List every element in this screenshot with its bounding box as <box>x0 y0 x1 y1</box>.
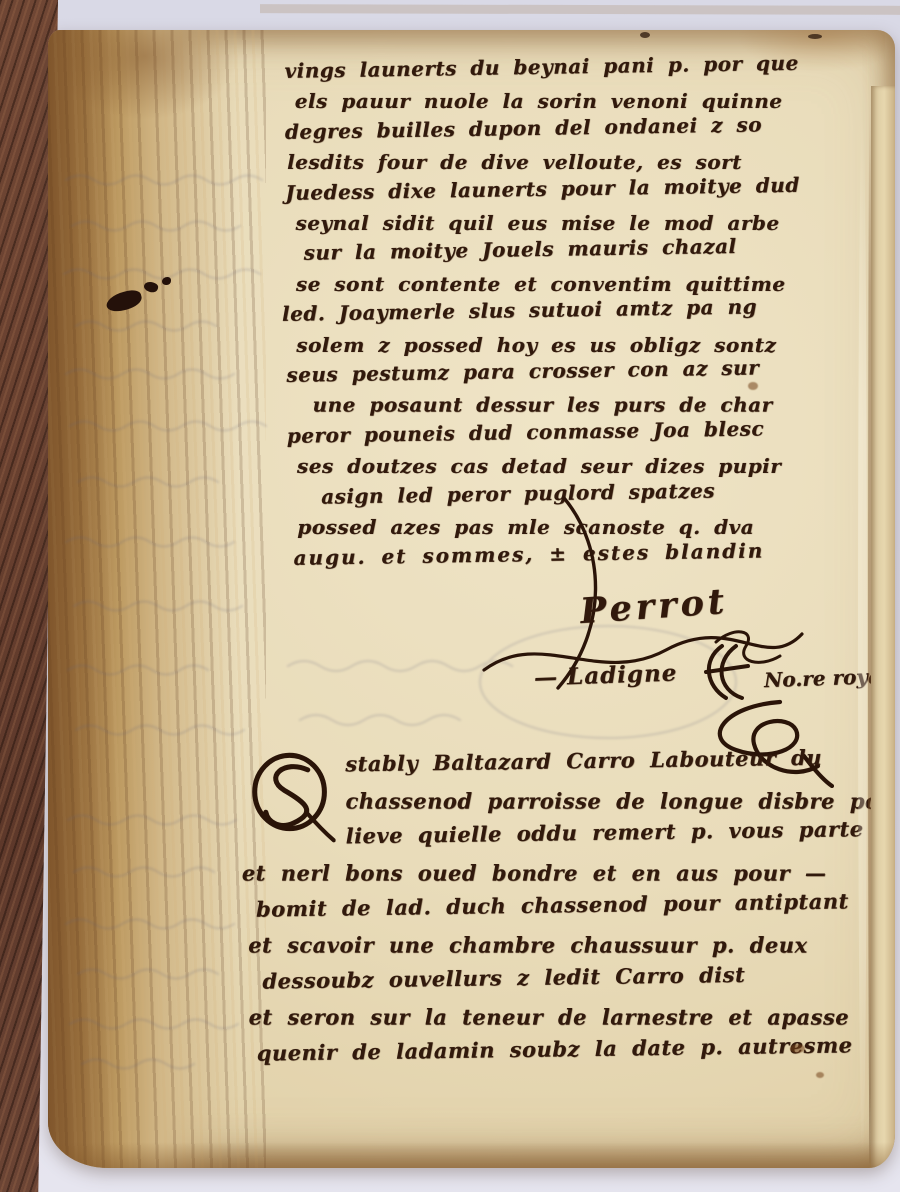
photo-of-manuscript: { "scene": { "description": "Photograph … <box>0 0 900 1192</box>
paragraph-1: vings launerts du beynai pani p. por que… <box>284 52 895 573</box>
handwritten-line: stably Baltazard Carro Labouteur du <box>255 739 895 784</box>
ink-blot <box>162 277 171 285</box>
ink-speck <box>816 1072 824 1078</box>
torn-edge-nick <box>808 34 822 39</box>
underlying-page-edge <box>871 86 895 1168</box>
manuscript-page: vings launerts du beynai pani p. por que… <box>48 30 895 1168</box>
handwritten-line: dessoubz ouvellurs z ledit Carro dist <box>262 955 895 1000</box>
bottom-torn-edge <box>48 1142 895 1168</box>
page-fold-highlight <box>858 110 867 1158</box>
torn-edge-nick <box>640 32 650 38</box>
notary-name: — Ladigne <box>534 660 678 692</box>
handwritten-line: lieve quielle oddu remert p. vous parte <box>255 811 895 856</box>
ink-speck <box>748 382 758 390</box>
notary-paraph-icon <box>692 642 754 704</box>
paragraph-2: stably Baltazard Carro Labouteur du chas… <box>247 744 895 1071</box>
table-shadow-streak <box>260 4 900 15</box>
ink-speck <box>790 1044 805 1053</box>
handwritten-line: bomit de lad. duch chassenod pour antipt… <box>256 883 895 928</box>
